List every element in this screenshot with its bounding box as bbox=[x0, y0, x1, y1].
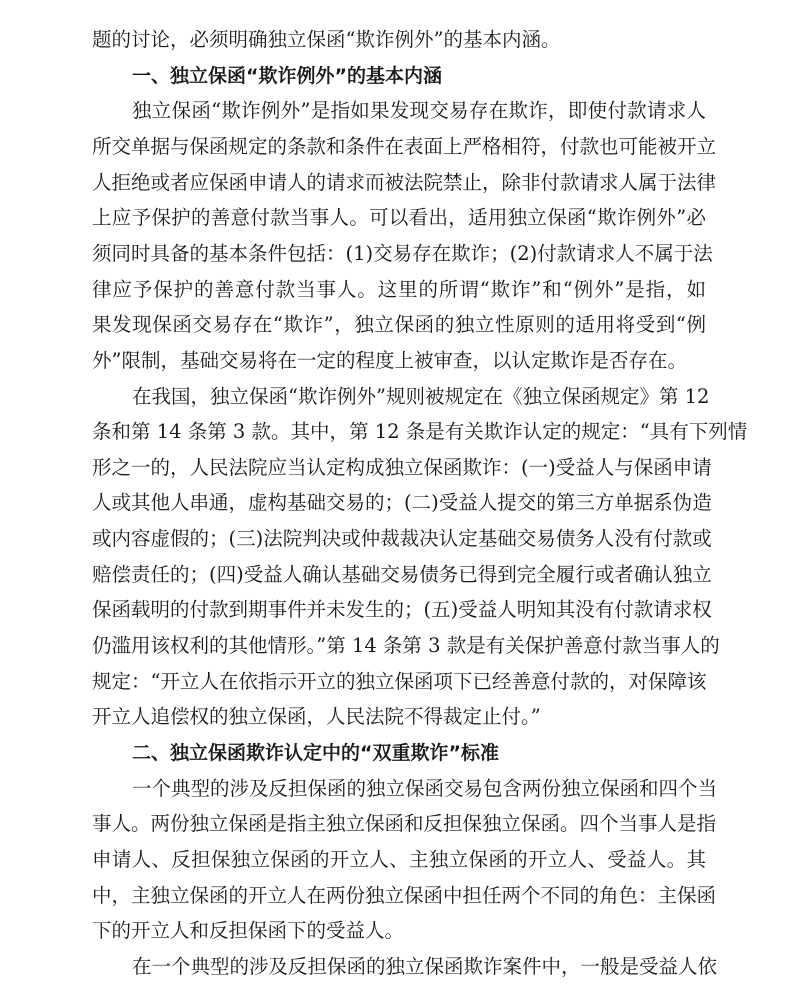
body-line: 上应予保护的善意付款当事人。可以看出，适用独立保函“欺诈例外”必 bbox=[92, 200, 706, 236]
body-line: 律应予保护的善意付款当事人。这里的所谓“欺诈”和“例外”是指，如 bbox=[92, 272, 706, 308]
body-line: 形之一的，人民法院应当认定构成独立保函欺诈：(一)受益人与保函申请 bbox=[92, 450, 706, 486]
body-line: 人或其他人串通，虚构基础交易的；(二)受益人提交的第三方单据系伪造 bbox=[92, 485, 706, 521]
body-line: 保函载明的付款到期事件并未发生的；(五)受益人明知其没有付款请求权 bbox=[92, 592, 706, 628]
body-line: 中，主独立保函的开立人在两份独立保函中担任两个不同的角色：主保函 bbox=[92, 878, 706, 914]
body-line: 申请人、反担保独立保函的开立人、主独立保函的开立人、受益人。其 bbox=[92, 842, 706, 878]
body-line: 题的讨论，必须明确独立保函“欺诈例外”的基本内涵。 bbox=[92, 22, 706, 58]
body-line: 外”限制，基础交易将在一定的程度上被审查，以认定欺诈是否存在。 bbox=[92, 343, 706, 379]
body-line: 开立人追偿权的独立保函，人民法院不得裁定止付。” bbox=[92, 699, 706, 735]
body-line: 仍滥用该权利的其他情形。”第 14 条第 3 款是有关保护善意付款当事人的 bbox=[92, 628, 706, 664]
body-line: 下的开立人和反担保函下的受益人。 bbox=[92, 913, 706, 949]
body-line: 规定：“开立人在依指示开立的独立保函项下已经善意付款的，对保障该 bbox=[92, 664, 706, 700]
body-line: 人拒绝或者应保函申请人的请求而被法院禁止，除非付款请求人属于法律 bbox=[92, 165, 706, 201]
body-line: 赔偿责任的；(四)受益人确认基础交易债务已得到完全履行或者确认独立 bbox=[92, 557, 706, 593]
section-heading-1: 一、独立保函“欺诈例外”的基本内涵 bbox=[132, 58, 706, 94]
body-line: 独立保函“欺诈例外”是指如果发现交易存在欺诈，即使付款请求人 bbox=[132, 93, 706, 129]
body-line: 在一个典型的涉及反担保函的独立保函欺诈案件中，一般是受益人依 bbox=[132, 949, 706, 985]
body-line: 条和第 14 条第 3 款。其中，第 12 条是有关欺诈认定的规定：“具有下列情 bbox=[92, 414, 706, 450]
body-line: 须同时具备的基本条件包括：(1)交易存在欺诈；(2)付款请求人不属于法 bbox=[92, 236, 706, 272]
body-line: 事人。两份独立保函是指主独立保函和反担保独立保函。四个当事人是指 bbox=[92, 806, 706, 842]
body-line: 果发现保函交易存在“欺诈”，独立保函的独立性原则的适用将受到“例 bbox=[92, 307, 706, 343]
body-line: 所交单据与保函规定的条款和条件在表面上严格相符，付款也可能被开立 bbox=[92, 129, 706, 165]
document-page: 题的讨论，必须明确独立保函“欺诈例外”的基本内涵。 一、独立保函“欺诈例外”的基… bbox=[0, 0, 800, 1000]
body-line: 或内容虚假的；(三)法院判决或仲裁裁决认定基础交易债务人没有付款或 bbox=[92, 521, 706, 557]
body-line: 在我国，独立保函“欺诈例外”规则被规定在《独立保函规定》第 12 bbox=[132, 379, 706, 415]
body-line: 一个典型的涉及反担保函的独立保函交易包含两份独立保函和四个当 bbox=[132, 771, 706, 807]
section-heading-2: 二、独立保函欺诈认定中的“双重欺诈”标准 bbox=[132, 735, 706, 771]
